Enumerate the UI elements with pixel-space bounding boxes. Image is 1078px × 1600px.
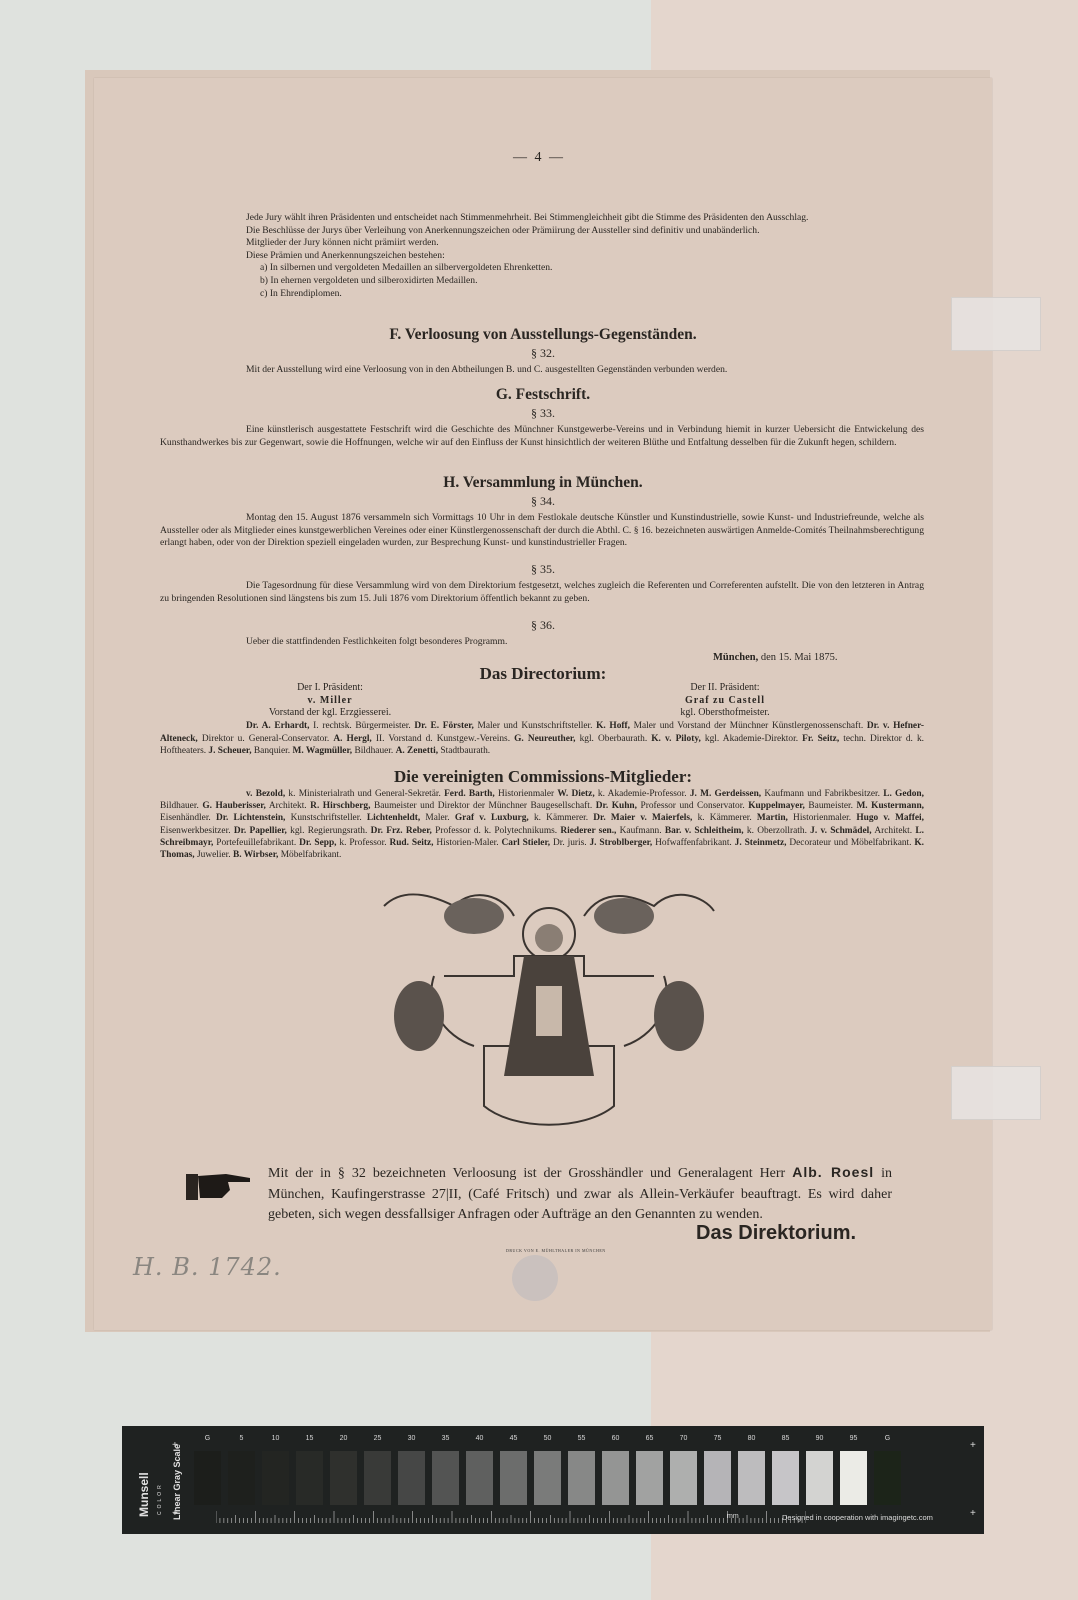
page-number: — 4 — (0, 150, 1078, 166)
member-role: Maler und Vorstand der Münchner Künstler… (630, 721, 867, 731)
gray-patch (704, 1451, 731, 1505)
gray-label: 65 (636, 1435, 663, 1442)
president-role: Vorstand der kgl. Erzgiesserei. (255, 707, 405, 720)
member-name: Riederer sen., (560, 826, 616, 836)
member-name: A. Zenetti, (396, 746, 438, 756)
member-name: J. Steinmetz, (735, 838, 787, 848)
member-role: Decorateur und Möbelfabrikant. (786, 838, 914, 848)
gray-label: 35 (432, 1435, 459, 1442)
gray-patch (194, 1451, 221, 1505)
member-name: W. Dietz, (557, 789, 594, 799)
member-name: Carl Stieler, (501, 838, 550, 848)
brand-name: Munsell (137, 1437, 151, 1517)
member-role: Historienmaler. (788, 813, 856, 823)
paragraph-32: § 32. (94, 346, 992, 361)
prize-item: a) In silbernen und vergoldeten Medaille… (160, 262, 924, 275)
ornamental-emblem-illustration (364, 876, 734, 1138)
member-role: Direktor u. General-Conservator. (198, 734, 334, 744)
member-name: Martin, (757, 813, 788, 823)
member-role: Professor d. k. Polytechnikums. (432, 826, 561, 836)
member-role: Kunstschriftsteller. (285, 813, 366, 823)
president-title: Der II. Präsident: (650, 682, 800, 695)
agent-name: Alb. Roesl (792, 1164, 874, 1180)
member-role: Eisenwerkbesitzer. (160, 826, 234, 836)
gray-label: G (874, 1435, 901, 1442)
member-name: K. v. Piloty, (651, 734, 701, 744)
gray-label: 10 (262, 1435, 289, 1442)
member-name: v. Bezold, (246, 789, 285, 799)
paragraph-36: § 36. (94, 618, 992, 633)
gray-label: 85 (772, 1435, 799, 1442)
brand-sub: COLOR (157, 1435, 163, 1515)
member-role: Dr. juris. (550, 838, 589, 848)
member-role: Kaufmann. (616, 826, 664, 836)
paragraph-33: § 33. (94, 406, 992, 421)
gray-label: 30 (398, 1435, 425, 1442)
member-role: Baumeister und Direktor der Münchner Bau… (370, 801, 595, 811)
registration-mark: + (970, 1508, 976, 1519)
commission-heading: Die vereinigten Commissions-Mitglieder: (94, 767, 992, 787)
gray-label: 15 (296, 1435, 323, 1442)
member-name: Kuppelmayer, (748, 801, 805, 811)
member-role: Professor und Conservator. (637, 801, 748, 811)
president-name: Graf zu Castell (685, 695, 765, 706)
paragraph-35-text: Die Tagesordnung für diese Versammlung w… (160, 580, 924, 605)
gray-patch (772, 1451, 799, 1505)
member-role: kgl. Regierungsrath. (287, 826, 371, 836)
mm-unit-label: mm (727, 1513, 739, 1520)
member-name: Hugo v. Maffei, (856, 813, 924, 823)
member-role: Portefeuillefabrikant. (213, 838, 299, 848)
member-role: Historienmaler (495, 789, 558, 799)
gray-patch (840, 1451, 867, 1505)
member-role: k. Professor. (337, 838, 390, 848)
member-role: Architekt. (266, 801, 310, 811)
member-role: Architekt. (872, 826, 916, 836)
member-role: Maler. (420, 813, 455, 823)
member-name: Lichtenheldt, (367, 813, 420, 823)
gray-patch (364, 1451, 391, 1505)
member-role: Banquier. (252, 746, 293, 756)
commission-members: v. Bezold, k. Ministerialrath und Genera… (160, 788, 924, 861)
gray-label: 90 (806, 1435, 833, 1442)
directorium-heading: Das Directorium: (94, 664, 992, 684)
gray-label: 60 (602, 1435, 629, 1442)
member-role: Bildhauer. (160, 801, 202, 811)
gray-patch (296, 1451, 323, 1505)
member-role: kgl. Akademie-Direktor. (701, 734, 802, 744)
gray-label: 80 (738, 1435, 765, 1442)
member-name: Dr. Maier v. Maierfels, (593, 813, 692, 823)
section-g-heading: G. Festschrift. (94, 386, 992, 404)
gray-label: 70 (670, 1435, 697, 1442)
gray-patch (228, 1451, 255, 1505)
member-name: Fr. Seitz, (802, 734, 839, 744)
member-role: Bildhauer. (352, 746, 395, 756)
member-name: K. Hoff, (596, 721, 630, 731)
member-name: Bar. v. Schleitheim, (665, 826, 744, 836)
dateline: München, den 15. Mai 1875. (713, 652, 838, 663)
member-role: Eisenhändler. (160, 813, 216, 823)
president-2: Der II. Präsident: Graf zu Castell kgl. … (650, 682, 800, 720)
member-name: L. Gedon, (883, 789, 924, 799)
member-name: M. Kustermann, (856, 801, 924, 811)
gray-patch (534, 1451, 561, 1505)
jury-section: Jede Jury wählt ihren Präsidenten und en… (160, 212, 924, 300)
member-name: Dr. A. Erhardt, (246, 721, 310, 731)
president-title: Der I. Präsident: (255, 682, 405, 695)
section-f-heading: F. Verloosung von Ausstellungs-Gegenstän… (94, 326, 992, 344)
gray-patch (670, 1451, 697, 1505)
member-role: Kaufmann und Fabrikbesitzer. (761, 789, 883, 799)
roesl-notice: Mit der in § 32 bezeichneten Verloosung … (268, 1162, 892, 1226)
munsell-gray-scale-card: Munsell COLOR Linear Gray Scale + + + + … (122, 1426, 984, 1534)
member-role: Stadtbaurath. (438, 746, 490, 756)
president-name: v. Miller (307, 695, 352, 706)
member-name: J. M. Gerdeissen, (690, 789, 761, 799)
registration-mark: + (172, 1508, 178, 1519)
handwritten-catalog-number: H. B. 1742. (133, 1253, 282, 1281)
member-name: R. Hirschberg, (310, 801, 370, 811)
jury-paragraph-1: Jede Jury wählt ihren Präsidenten und en… (160, 212, 924, 225)
member-name: B. Wirbser, (233, 850, 278, 860)
member-role: II. Vorstand d. Kunstgew.-Vereins. (372, 734, 514, 744)
member-name: J. v. Schmädel, (810, 826, 871, 836)
paragraph-34-text: Montag den 15. August 1876 versammeln si… (160, 512, 924, 550)
prize-item: c) In Ehrendiplomen. (160, 288, 924, 301)
member-name: Dr. E. Förster, (414, 721, 474, 731)
member-role: k. Kämmerer. (529, 813, 594, 823)
member-name: Dr. Kuhn, (596, 801, 637, 811)
member-name: Graf v. Luxburg, (455, 813, 529, 823)
dateline-date: den 15. Mai 1875. (758, 652, 837, 663)
jury-paragraph-4: Diese Prämien und Anerkennungszeichen be… (160, 250, 924, 263)
gray-patch (738, 1451, 765, 1505)
directorium-members: Dr. A. Erhardt, I. rechtsk. Bürgermeiste… (160, 720, 924, 758)
member-name: J. Stroblberger, (589, 838, 652, 848)
gray-patch (568, 1451, 595, 1505)
gray-label: 55 (568, 1435, 595, 1442)
member-role: I. rechtsk. Bürgermeister. (310, 721, 415, 731)
section-h-heading: H. Versammlung in München. (94, 474, 992, 492)
gray-patch (874, 1451, 901, 1505)
president-role: kgl. Obersthofmeister. (650, 707, 800, 720)
gray-label: G (194, 1435, 221, 1442)
gray-label: 50 (534, 1435, 561, 1442)
member-name: A. Hergl, (333, 734, 371, 744)
member-name: Rud. Seitz, (389, 838, 433, 848)
member-role: kgl. Oberbaurath. (576, 734, 652, 744)
gray-patch (806, 1451, 833, 1505)
notice-text: Mit der in § 32 bezeichneten Verloosung … (268, 1166, 792, 1181)
member-name: M. Wagmüller, (292, 746, 352, 756)
jury-paragraph-2: Die Beschlüsse der Jurys über Verleihung… (160, 225, 924, 238)
member-name: Ferd. Barth, (444, 789, 495, 799)
gray-label: 45 (500, 1435, 527, 1442)
gray-patch (330, 1451, 357, 1505)
paragraph-34: § 34. (94, 494, 992, 509)
gray-label: 20 (330, 1435, 357, 1442)
gray-patch (602, 1451, 629, 1505)
member-role: Hofwaffenfabrikant. (652, 838, 734, 848)
paragraph-36-text: Ueber die stattfindenden Festlichkeiten … (160, 636, 924, 649)
gray-label: 75 (704, 1435, 731, 1442)
member-name: Dr. Lichtenstein, (216, 813, 285, 823)
gray-patch (432, 1451, 459, 1505)
member-role: k. Kämmerer. (692, 813, 757, 823)
notice-signature: Das Direktorium. (696, 1222, 856, 1245)
tape-strip-bottom (951, 1066, 1041, 1120)
munsell-logo: Munsell COLOR Linear Gray Scale (128, 1442, 164, 1522)
member-name: G. Hauberisser, (202, 801, 266, 811)
member-role: Juwelier. (195, 850, 233, 860)
president-1: Der I. Präsident: v. Miller Vorstand der… (255, 682, 405, 720)
printer-imprint: DRUCK VON E. MÜHLTHALER IN MÜNCHEN (506, 1248, 606, 1253)
gray-label: 25 (364, 1435, 391, 1442)
gray-label: 95 (840, 1435, 867, 1442)
gray-patch (466, 1451, 493, 1505)
mm-ruler (216, 1511, 806, 1523)
member-name: Dr. Frz. Reber, (371, 826, 432, 836)
credit-text: Designed in cooperation with imagingetc.… (782, 1513, 933, 1522)
section-g-text: Eine künstlerisch ausgestattete Festschr… (160, 424, 924, 449)
member-role: k. Oberzollrath. (744, 826, 811, 836)
section-f-text: Mit der Ausstellung wird eine Verloosung… (160, 364, 924, 377)
gray-patch (636, 1451, 663, 1505)
member-name: J. Scheuer, (208, 746, 251, 756)
gray-patch (500, 1451, 527, 1505)
registration-mark: + (970, 1440, 976, 1451)
gray-label: 5 (228, 1435, 255, 1442)
registration-mark: + (172, 1440, 178, 1451)
member-role: Historien-Maler. (433, 838, 501, 848)
member-role: Baumeister. (805, 801, 857, 811)
prize-item: b) In ehernen vergoldeten und silberoxid… (160, 275, 924, 288)
member-role: Möbelfabrikant. (278, 850, 341, 860)
member-name: Dr. Papellier, (234, 826, 287, 836)
member-name: G. Neureuther, (514, 734, 575, 744)
pointing-hand-icon (186, 1168, 252, 1204)
library-stamp (512, 1255, 558, 1301)
member-role: k. Akademie-Professor. (595, 789, 690, 799)
paragraph-35: § 35. (94, 562, 992, 577)
gray-label: 40 (466, 1435, 493, 1442)
member-role: Maler und Kunstschriftsteller. (474, 721, 596, 731)
dateline-place: München, (713, 652, 758, 663)
gray-patch (262, 1451, 289, 1505)
gray-patch (398, 1451, 425, 1505)
member-role: k. Ministerialrath und General-Sekretär. (285, 789, 444, 799)
member-name: Dr. Sepp, (299, 838, 336, 848)
jury-paragraph-3: Mitglieder der Jury können nicht prämiir… (160, 237, 924, 250)
